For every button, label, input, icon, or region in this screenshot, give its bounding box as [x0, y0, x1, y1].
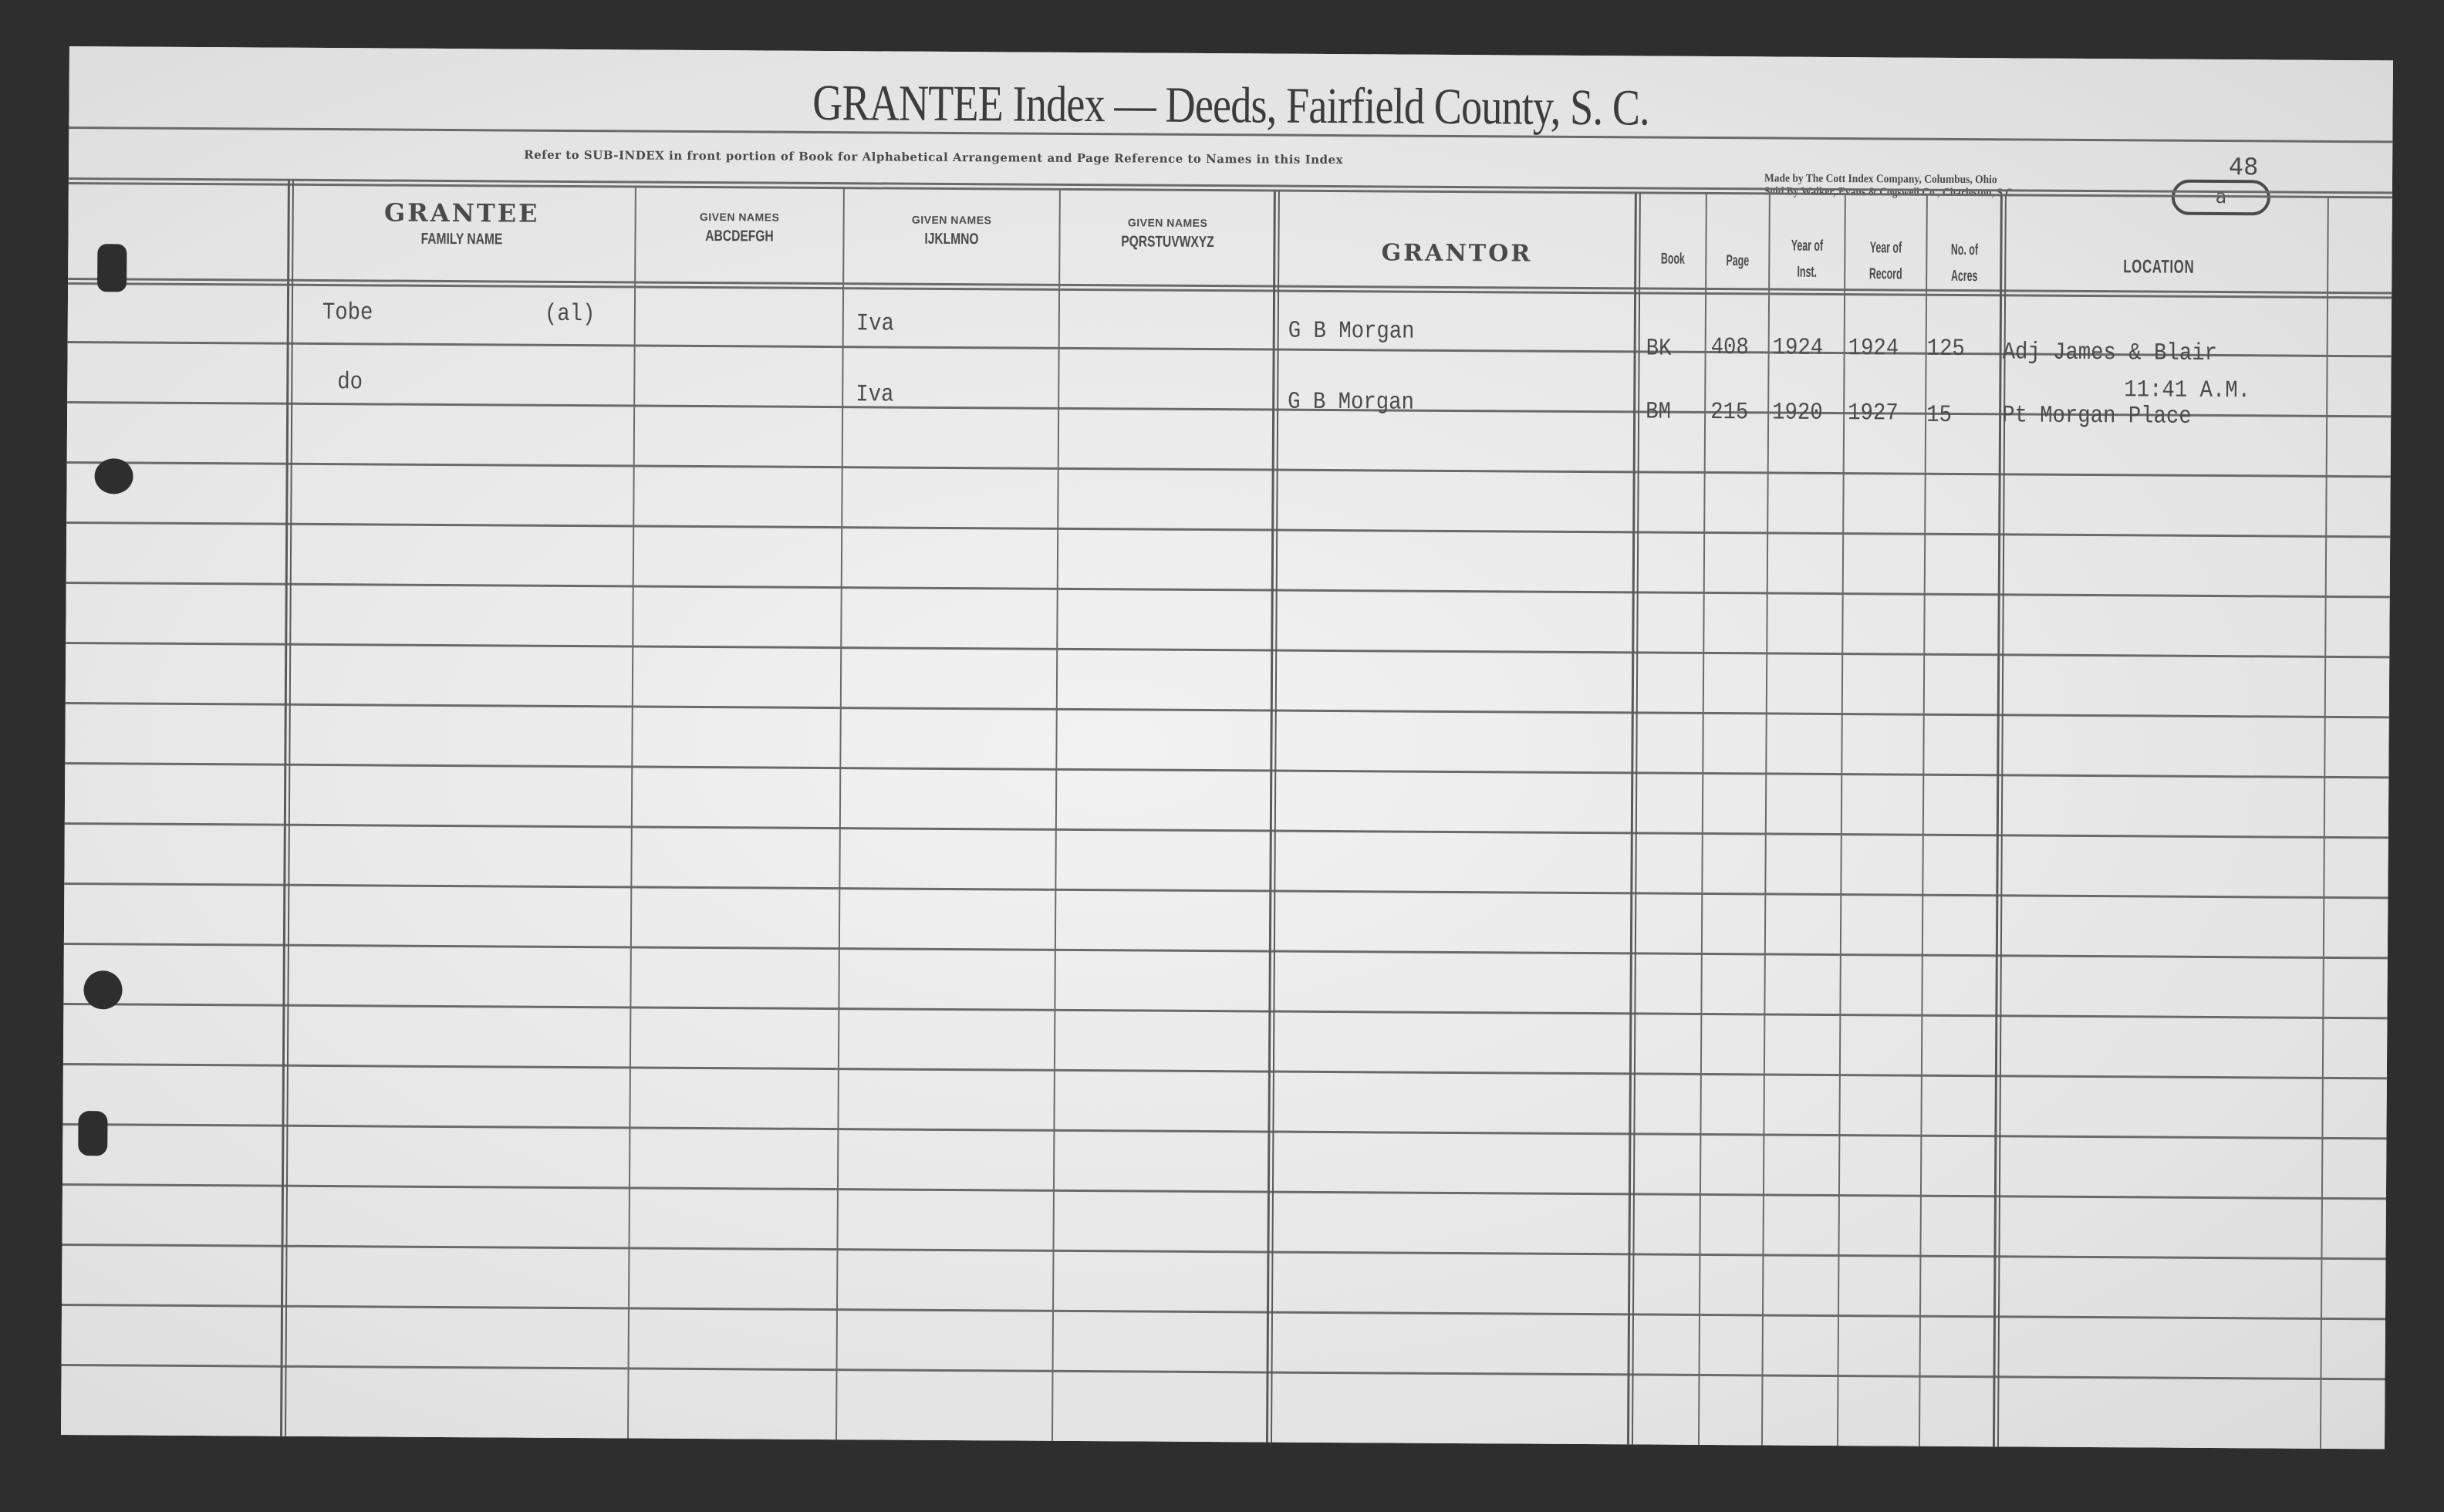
header-family-name: FAMILY NAME	[329, 230, 594, 249]
column-divider	[1627, 193, 1641, 1444]
column-divider	[835, 188, 845, 1439]
column-divider	[1761, 194, 1771, 1445]
entry-2-location: Pt Morgan Place	[2002, 402, 2192, 430]
binder-slot-hole	[78, 1111, 107, 1156]
header-given-label: GIVEN NAMES	[848, 213, 1056, 227]
column-divider	[2320, 197, 2329, 1449]
entry-1-year-inst: 1924	[1773, 334, 1824, 361]
entry-2-grantor: G B Morgan	[1288, 389, 1414, 417]
entry-2-year-record: 1927	[1848, 400, 1899, 427]
header-year-inst: Year of Inst.	[1770, 232, 1844, 285]
header-location-label: LOCATION	[2051, 256, 2267, 279]
column-divider	[1698, 194, 1707, 1445]
entry-1-book: BK	[1646, 335, 1672, 362]
entry-1-year-record: 1924	[1848, 335, 1899, 362]
row-rule	[64, 943, 2388, 959]
header-bottom-rule	[68, 278, 2392, 299]
header-given-range: ABCDEFGH	[661, 228, 818, 246]
header-grantee-title: GRANTEE	[292, 197, 632, 229]
header-acres-2: Acres	[1941, 263, 1987, 289]
column-divider	[1919, 195, 1928, 1446]
binder-slot-hole	[97, 244, 127, 292]
entry-2-acres: 15	[1926, 402, 1952, 429]
header-grantor-title: GRANTOR	[1279, 239, 1634, 268]
header-page: Page	[1706, 248, 1768, 274]
row-rule	[67, 461, 2391, 478]
header-grantor: GRANTOR	[1279, 239, 1634, 268]
column-divider	[280, 181, 294, 1436]
header-given-i-o: GIVEN NAMES IJKLMNO	[847, 213, 1055, 249]
row-rule	[62, 1183, 2386, 1200]
header-given-p-z: GIVEN NAMES PQRSTUVWXYZ	[1063, 216, 1271, 252]
row-rule	[66, 702, 2389, 718]
column-divider	[627, 187, 636, 1438]
row-rule	[62, 1304, 2385, 1320]
row-rule	[63, 1063, 2387, 1079]
row-rule	[65, 822, 2388, 839]
refer-note: Refer to SUB-INDEX in front portion of B…	[524, 148, 1343, 167]
column-divider	[1993, 195, 2007, 1446]
column-divider	[1052, 190, 1061, 1441]
entry-1-family-name: Tobe	[322, 299, 373, 326]
row-rule	[65, 762, 2388, 778]
entry-2-year-inst: 1920	[1772, 399, 1823, 426]
header-year-record-1: Year of	[1861, 235, 1911, 261]
header-year-inst-1: Year of	[1784, 233, 1831, 259]
entry-1-location: Adj James & Blair	[2003, 339, 2218, 367]
row-rule	[62, 1123, 2386, 1139]
entry-2-book: BM	[1646, 398, 1671, 425]
header-given-range: PQRSTUVWXYZ	[1086, 233, 1249, 251]
entry-1-grantor: G B Morgan	[1288, 318, 1415, 346]
entry-2-page: 215	[1710, 399, 1748, 426]
row-rule	[64, 883, 2388, 899]
header-given-range: IJKLMNO	[870, 230, 1033, 248]
header-given-label: GIVEN NAMES	[640, 211, 840, 224]
entry-1-family-note: (al)	[545, 301, 596, 328]
row-rule	[62, 1244, 2386, 1260]
header-given-a-h: GIVEN NAMES ABCDEFGH	[639, 211, 839, 247]
column-divider	[1266, 191, 1280, 1443]
header-given-label: GIVEN NAMES	[1064, 216, 1272, 230]
entry-2-given-i-o: Iva	[856, 381, 893, 408]
header-page-label: Page	[1718, 248, 1757, 274]
column-divider	[1837, 194, 1846, 1446]
maker-line-1: Made by The Cott Index Company, Columbus…	[1764, 172, 2016, 187]
row-rule	[66, 582, 2390, 598]
header-year-inst-2: Inst.	[1784, 259, 1830, 285]
entry-1-location-note: 11:41 A.M.	[2124, 376, 2250, 404]
entry-2-family-name: do	[337, 369, 363, 396]
row-rule	[66, 521, 2390, 538]
entry-1-acres: 125	[1927, 336, 1965, 363]
entry-1-given-i-o: Iva	[856, 310, 894, 337]
header-book-label: Book	[1652, 246, 1694, 272]
header-acres: No. of Acres	[1927, 237, 2001, 290]
binder-round-hole	[94, 458, 133, 494]
header-book: Book	[1639, 245, 1706, 272]
binder-round-hole	[83, 970, 122, 1009]
index-card: GRANTEE Index — Deeds, Fairfield County,…	[61, 46, 2393, 1449]
page-number: 48	[2229, 154, 2258, 181]
entry-1-page: 408	[1711, 334, 1749, 361]
row-rule	[62, 1364, 2385, 1380]
header-grantee: GRANTEE FAMILY NAME	[292, 197, 631, 250]
header-acres-1: No. of	[1942, 237, 1988, 263]
header-location: LOCATION	[2004, 255, 2313, 278]
row-rule	[63, 1003, 2387, 1019]
row-rule	[66, 642, 2389, 658]
header-year-record-2: Record	[1861, 261, 1911, 287]
header-top-rule	[69, 177, 2392, 198]
header-year-record: Year of Record	[1845, 235, 1926, 288]
